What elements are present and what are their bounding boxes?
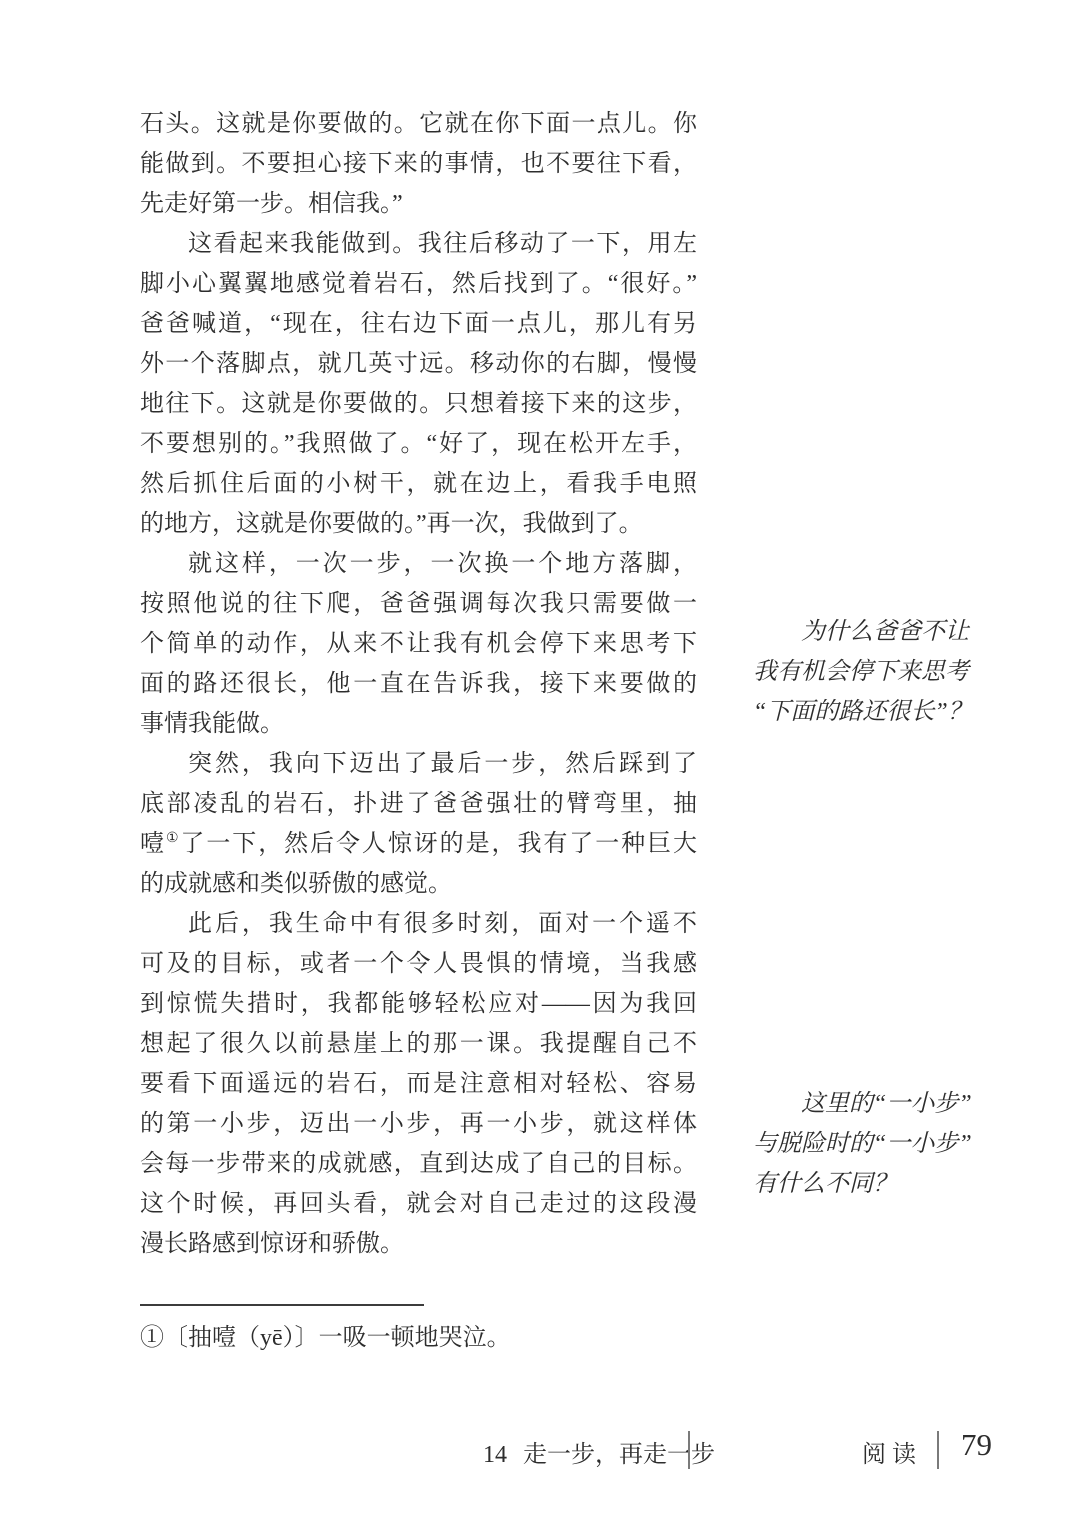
footer-lesson-number: 14 [483, 1442, 507, 1468]
text-line: 会每一步带来的成就感，直到达成了自己的目标。 [140, 1144, 697, 1184]
text-line: 的第一小步，迈出一小步，再一小步，就这样体 [140, 1104, 697, 1144]
text-line: 突然，我向下迈出了最后一步，然后踩到了 [140, 744, 697, 784]
footnote-ref-marker: ① [166, 831, 180, 846]
text-line: 就这样，一次一步，一次换一个地方落脚， [140, 544, 697, 584]
text-line: 个简单的动作，从来不让我有机会停下来思考下 [140, 624, 697, 664]
text-line: 面的路还很长，他一直在告诉我，接下来要做的 [140, 664, 697, 704]
text-line: 底部凌乱的岩石，扑进了爸爸强壮的臂弯里，抽 [140, 784, 697, 824]
text-line: 爸爸喊道，“现在，往右边下面一点儿，那儿有另 [140, 304, 697, 344]
footer-lesson-title: 14走一步，再走一步 [483, 1434, 715, 1469]
margin-note-line: 与脱险时的“一小步” [753, 1124, 1003, 1164]
text-line: 按照他说的往下爬，爸爸强调每次我只需要做一 [140, 584, 697, 624]
margin-note-line: 为什么爸爸不让 [753, 612, 1003, 652]
margin-note-2: 这里的“一小步”与脱险时的“一小步”有什么不同？ [753, 1084, 1003, 1204]
footnote-text: ①〔抽噎（yē）〕一吸一顿地哭泣。 [140, 1321, 760, 1355]
text-line: 不要想别的。”我照做了。“好了，现在松开左手， [140, 424, 697, 464]
margin-note-line: 有什么不同？ [753, 1164, 1003, 1204]
margin-note-1: 为什么爸爸不让我有机会停下来思考“下面的路还很长”？ [753, 612, 1003, 732]
text-line: 先走好第一步。相信我。” [140, 184, 697, 224]
text-line: 想起了很久以前悬崖上的那一课。我提醒自己不 [140, 1024, 697, 1064]
footer-divider-left [688, 1431, 690, 1469]
text-line: 漫长路感到惊讶和骄傲。 [140, 1224, 697, 1264]
text-line: 此后，我生命中有很多时刻，面对一个遥不 [140, 904, 697, 944]
text-line: 可及的目标，或者一个令人畏惧的情境，当我感 [140, 944, 697, 984]
text-line: 外一个落脚点，就几英寸远。移动你的右脚，慢慢 [140, 344, 697, 384]
margin-note-line: 这里的“一小步” [753, 1084, 1003, 1124]
footer-divider-right [937, 1431, 939, 1469]
text-line: 这个时候，再回头看，就会对自己走过的这段漫 [140, 1184, 697, 1224]
text-line: 到惊慌失措时，我都能够轻松应对——因为我回 [140, 984, 697, 1024]
text-line: 这看起来我能做到。我往后移动了一下，用左 [140, 224, 697, 264]
footnote-divider [140, 1304, 424, 1306]
footer-section-label: 阅 读 [862, 1434, 916, 1469]
text-line: 事情我能做。 [140, 704, 697, 744]
main-text: 石头。这就是你要做的。它就在你下面一点儿。你能做到。不要担心接下来的事情，也不要… [140, 104, 697, 1264]
margin-note-line: 我有机会停下来思考 [753, 652, 1003, 692]
page-number: 79 [961, 1427, 992, 1463]
text-line: 的成就感和类似骄傲的感觉。 [140, 864, 697, 904]
footer-lesson-name: 走一步，再走一步 [523, 1442, 715, 1468]
text-line: 脚小心翼翼地感觉着岩石，然后找到了。“很好。” [140, 264, 697, 304]
text-line: 然后抓住后面的小树干，就在边上，看我手电照 [140, 464, 697, 504]
margin-note-line: “下面的路还很长”？ [753, 692, 1003, 732]
text-line: 噎①了一下，然后令人惊讶的是，我有了一种巨大 [140, 824, 697, 864]
text-line: 要看下面遥远的岩石，而是注意相对轻松、容易 [140, 1064, 697, 1104]
text-line: 石头。这就是你要做的。它就在你下面一点儿。你 [140, 104, 697, 144]
textbook-page: 石头。这就是你要做的。它就在你下面一点儿。你能做到。不要担心接下来的事情，也不要… [0, 0, 1080, 1526]
text-line: 能做到。不要担心接下来的事情，也不要往下看， [140, 144, 697, 184]
text-line: 地往下。这就是你要做的。只想着接下来的这步， [140, 384, 697, 424]
text-line: 的地方，这就是你要做的。”再一次，我做到了。 [140, 504, 697, 544]
